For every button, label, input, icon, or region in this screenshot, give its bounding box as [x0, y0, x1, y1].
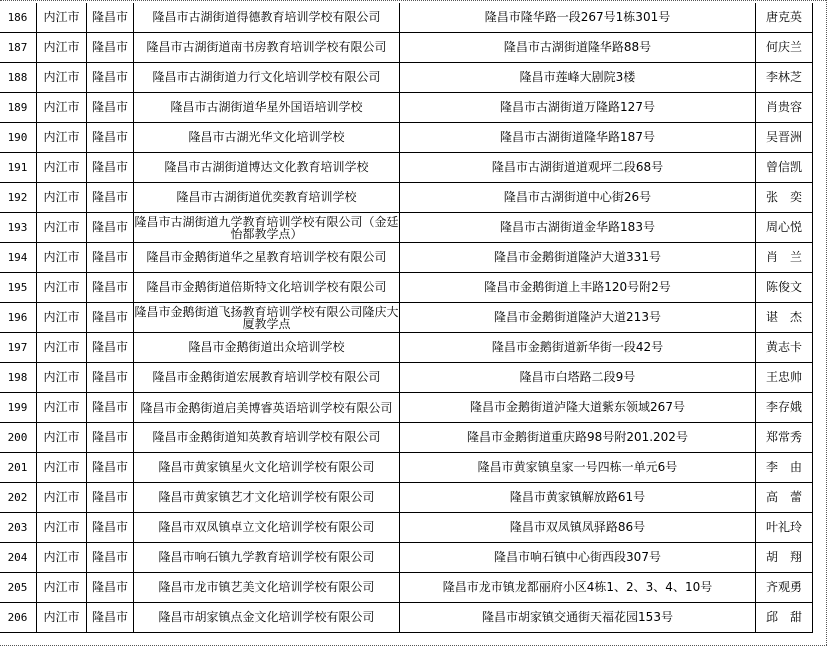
cell-institution-name: 隆昌市古湖街道力行文化培训学校有限公司: [134, 63, 400, 93]
cell-address: 隆昌市古湖街道中心街26号: [400, 183, 756, 213]
cell-county: 隆昌市: [87, 333, 134, 363]
table-row: 192 内江市 隆昌市 隆昌市古湖街道优奕教育培训学校 隆昌市古湖街道中心街26…: [0, 183, 813, 213]
table-row: 189 内江市 隆昌市 隆昌市古湖街道华星外国语培训学校 隆昌市古湖街道万隆路1…: [0, 93, 813, 123]
cell-city: 内江市: [37, 603, 87, 633]
cell-row-number: 192: [0, 183, 37, 213]
cell-row-number: 190: [0, 123, 37, 153]
cell-city: 内江市: [37, 453, 87, 483]
cell-address: 隆昌市白塔路二段9号: [400, 363, 756, 393]
cell-institution-name: 隆昌市古湖光华文化培训学校: [134, 123, 400, 153]
cell-city: 内江市: [37, 33, 87, 63]
cell-row-number: 202: [0, 483, 37, 513]
table-row: 202 内江市 隆昌市 隆昌市黄家镇艺才文化培训学校有限公司 隆昌市黄家镇解放路…: [0, 483, 813, 513]
cell-address: 隆昌市金鹅街道隆泸大道331号: [400, 243, 756, 273]
cell-city: 内江市: [37, 273, 87, 303]
cell-address: 隆昌市双凤镇凤驿路86号: [400, 513, 756, 543]
cell-person-in-charge: 叶礼玲: [756, 513, 813, 543]
cell-person-in-charge: 李林芝: [756, 63, 813, 93]
cell-row-number: 186: [0, 3, 37, 33]
cell-county: 隆昌市: [87, 63, 134, 93]
cell-person-in-charge: 曾信凯: [756, 153, 813, 183]
cell-row-number: 205: [0, 573, 37, 603]
cell-person-in-charge: 李存娥: [756, 393, 813, 423]
cell-city: 内江市: [37, 153, 87, 183]
cell-address: 隆昌市古湖街道隆华路187号: [400, 123, 756, 153]
cell-person-in-charge: 吴晋洲: [756, 123, 813, 153]
cell-county: 隆昌市: [87, 543, 134, 573]
cell-person-in-charge: 齐观勇: [756, 573, 813, 603]
cell-county: 隆昌市: [87, 603, 134, 633]
cell-institution-name: 隆昌市金鹅街道倍斯特文化培训学校有限公司: [134, 273, 400, 303]
cell-city: 内江市: [37, 183, 87, 213]
cell-row-number: 197: [0, 333, 37, 363]
cell-county: 隆昌市: [87, 513, 134, 543]
table-body: 186 内江市 隆昌市 隆昌市古湖街道得德教育培训学校有限公司 隆昌市隆华路一段…: [0, 3, 813, 633]
cell-person-in-charge: 李 由: [756, 453, 813, 483]
cell-county: 隆昌市: [87, 243, 134, 273]
cell-address: 隆昌市响石镇中心街西段307号: [400, 543, 756, 573]
cell-county: 隆昌市: [87, 123, 134, 153]
cell-institution-name: 隆昌市金鹅街道华之星教育培训学校有限公司: [134, 243, 400, 273]
cell-county: 隆昌市: [87, 273, 134, 303]
cell-address: 隆昌市古湖街道道观坪二段68号: [400, 153, 756, 183]
cell-county: 隆昌市: [87, 453, 134, 483]
cell-address: 隆昌市黄家镇皇家一号四栋一单元6号: [400, 453, 756, 483]
cell-institution-name: 隆昌市金鹅街道出众培训学校: [134, 333, 400, 363]
cell-county: 隆昌市: [87, 483, 134, 513]
cell-institution-name: 隆昌市响石镇九学教育培训学校有限公司: [134, 543, 400, 573]
cell-institution-name: 隆昌市龙市镇艺美文化培训学校有限公司: [134, 573, 400, 603]
page-break-bottom-line: [0, 645, 827, 646]
cell-county: 隆昌市: [87, 213, 134, 243]
table-row: 193 内江市 隆昌市 隆昌市古湖街道九学教育培训学校有限公司（金廷怡都教学点）…: [0, 213, 813, 243]
cell-city: 内江市: [37, 363, 87, 393]
cell-county: 隆昌市: [87, 363, 134, 393]
cell-address: 隆昌市黄家镇解放路61号: [400, 483, 756, 513]
cell-city: 内江市: [37, 573, 87, 603]
cell-address: 隆昌市古湖街道隆华路88号: [400, 33, 756, 63]
cell-city: 内江市: [37, 63, 87, 93]
cell-person-in-charge: 陈俊文: [756, 273, 813, 303]
cell-institution-name: 隆昌市古湖街道南书房教育培训学校有限公司: [134, 33, 400, 63]
cell-person-in-charge: 张 奕: [756, 183, 813, 213]
cell-address: 隆昌市金鹅街道隆泸大道213号: [400, 303, 756, 333]
table-row: 205 内江市 隆昌市 隆昌市龙市镇艺美文化培训学校有限公司 隆昌市龙市镇龙都丽…: [0, 573, 813, 603]
cell-institution-name: 隆昌市双凤镇卓立文化培训学校有限公司: [134, 513, 400, 543]
cell-row-number: 199: [0, 393, 37, 423]
cell-county: 隆昌市: [87, 183, 134, 213]
cell-county: 隆昌市: [87, 393, 134, 423]
cell-city: 内江市: [37, 483, 87, 513]
cell-institution-name: 隆昌市古湖街道九学教育培训学校有限公司（金廷怡都教学点）: [134, 213, 400, 243]
table-row: 194 内江市 隆昌市 隆昌市金鹅街道华之星教育培训学校有限公司 隆昌市金鹅街道…: [0, 243, 813, 273]
table-row: 203 内江市 隆昌市 隆昌市双凤镇卓立文化培训学校有限公司 隆昌市双凤镇凤驿路…: [0, 513, 813, 543]
page-break-right-line: [826, 0, 827, 645]
cell-city: 内江市: [37, 123, 87, 153]
cell-row-number: 194: [0, 243, 37, 273]
cell-person-in-charge: 郑常秀: [756, 423, 813, 453]
cell-institution-name: 隆昌市古湖街道华星外国语培训学校: [134, 93, 400, 123]
table-row: 201 内江市 隆昌市 隆昌市黄家镇星火文化培训学校有限公司 隆昌市黄家镇皇家一…: [0, 453, 813, 483]
cell-person-in-charge: 黄志卡: [756, 333, 813, 363]
cell-row-number: 198: [0, 363, 37, 393]
cell-city: 内江市: [37, 213, 87, 243]
cell-county: 隆昌市: [87, 303, 134, 333]
cell-person-in-charge: 胡 翔: [756, 543, 813, 573]
cell-address: 隆昌市隆华路一段267号1栋301号: [400, 3, 756, 33]
cell-city: 内江市: [37, 393, 87, 423]
table-row: 197 内江市 隆昌市 隆昌市金鹅街道出众培训学校 隆昌市金鹅街道新华街一段42…: [0, 333, 813, 363]
cell-institution-name: 隆昌市金鹅街道启美博睿英语培训学校有限公司: [134, 393, 400, 423]
table-row: 198 内江市 隆昌市 隆昌市金鹅街道宏展教育培训学校有限公司 隆昌市白塔路二段…: [0, 363, 813, 393]
cell-row-number: 189: [0, 93, 37, 123]
cell-county: 隆昌市: [87, 423, 134, 453]
cell-row-number: 196: [0, 303, 37, 333]
table-row: 187 内江市 隆昌市 隆昌市古湖街道南书房教育培训学校有限公司 隆昌市古湖街道…: [0, 33, 813, 63]
cell-person-in-charge: 高 蕾: [756, 483, 813, 513]
cell-person-in-charge: 肖 兰: [756, 243, 813, 273]
cell-row-number: 206: [0, 603, 37, 633]
cell-person-in-charge: 唐克英: [756, 3, 813, 33]
cell-row-number: 204: [0, 543, 37, 573]
cell-person-in-charge: 何庆兰: [756, 33, 813, 63]
cell-institution-name: 隆昌市黄家镇艺才文化培训学校有限公司: [134, 483, 400, 513]
cell-person-in-charge: 邱 甜: [756, 603, 813, 633]
cell-row-number: 193: [0, 213, 37, 243]
cell-row-number: 188: [0, 63, 37, 93]
cell-city: 内江市: [37, 93, 87, 123]
cell-institution-name: 隆昌市金鹅街道宏展教育培训学校有限公司: [134, 363, 400, 393]
cell-address: 隆昌市莲峰大剧院3楼: [400, 63, 756, 93]
cell-row-number: 200: [0, 423, 37, 453]
cell-institution-name: 隆昌市古湖街道博达文化教育培训学校: [134, 153, 400, 183]
cell-row-number: 203: [0, 513, 37, 543]
cell-city: 内江市: [37, 333, 87, 363]
cell-institution-name: 隆昌市古湖街道得德教育培训学校有限公司: [134, 3, 400, 33]
cell-person-in-charge: 肖贵容: [756, 93, 813, 123]
cell-address: 隆昌市古湖街道万隆路127号: [400, 93, 756, 123]
cell-row-number: 191: [0, 153, 37, 183]
cell-city: 内江市: [37, 303, 87, 333]
cell-person-in-charge: 王忠帅: [756, 363, 813, 393]
cell-institution-name: 隆昌市金鹅街道飞扬教育培训学校有限公司隆庆大厦教学点: [134, 303, 400, 333]
cell-city: 内江市: [37, 513, 87, 543]
table-row: 190 内江市 隆昌市 隆昌市古湖光华文化培训学校 隆昌市古湖街道隆华路187号…: [0, 123, 813, 153]
training-school-table: 186 内江市 隆昌市 隆昌市古湖街道得德教育培训学校有限公司 隆昌市隆华路一段…: [0, 3, 813, 633]
cell-county: 隆昌市: [87, 33, 134, 63]
table-row: 191 内江市 隆昌市 隆昌市古湖街道博达文化教育培训学校 隆昌市古湖街道道观坪…: [0, 153, 813, 183]
cell-institution-name: 隆昌市金鹅街道知英教育培训学校有限公司: [134, 423, 400, 453]
page-break-top-line: [0, 0, 826, 1]
cell-address: 隆昌市金鹅街道重庆路98号附201.202号: [400, 423, 756, 453]
cell-address: 隆昌市古湖街道金华路183号: [400, 213, 756, 243]
cell-row-number: 187: [0, 33, 37, 63]
table-row: 196 内江市 隆昌市 隆昌市金鹅街道飞扬教育培训学校有限公司隆庆大厦教学点 隆…: [0, 303, 813, 333]
cell-county: 隆昌市: [87, 153, 134, 183]
table-row: 199 内江市 隆昌市 隆昌市金鹅街道启美博睿英语培训学校有限公司 隆昌市金鹅街…: [0, 393, 813, 423]
cell-city: 内江市: [37, 423, 87, 453]
cell-institution-name: 隆昌市古湖街道优奕教育培训学校: [134, 183, 400, 213]
cell-county: 隆昌市: [87, 3, 134, 33]
cell-institution-name: 隆昌市胡家镇点金文化培训学校有限公司: [134, 603, 400, 633]
cell-address: 隆昌市金鹅街道泸隆大道紫东领域267号: [400, 393, 756, 423]
cell-city: 内江市: [37, 243, 87, 273]
cell-row-number: 201: [0, 453, 37, 483]
cell-county: 隆昌市: [87, 573, 134, 603]
table-row: 204 内江市 隆昌市 隆昌市响石镇九学教育培训学校有限公司 隆昌市响石镇中心街…: [0, 543, 813, 573]
table-row: 188 内江市 隆昌市 隆昌市古湖街道力行文化培训学校有限公司 隆昌市莲峰大剧院…: [0, 63, 813, 93]
table-row: 206 内江市 隆昌市 隆昌市胡家镇点金文化培训学校有限公司 隆昌市胡家镇交通街…: [0, 603, 813, 633]
table-row: 200 内江市 隆昌市 隆昌市金鹅街道知英教育培训学校有限公司 隆昌市金鹅街道重…: [0, 423, 813, 453]
cell-county: 隆昌市: [87, 93, 134, 123]
cell-address: 隆昌市金鹅街道上丰路120号附2号: [400, 273, 756, 303]
cell-address: 隆昌市金鹅街道新华街一段42号: [400, 333, 756, 363]
cell-row-number: 195: [0, 273, 37, 303]
cell-person-in-charge: 谌 杰: [756, 303, 813, 333]
cell-city: 内江市: [37, 543, 87, 573]
cell-city: 内江市: [37, 3, 87, 33]
table-row: 195 内江市 隆昌市 隆昌市金鹅街道倍斯特文化培训学校有限公司 隆昌市金鹅街道…: [0, 273, 813, 303]
cell-institution-name: 隆昌市黄家镇星火文化培训学校有限公司: [134, 453, 400, 483]
cell-address: 隆昌市胡家镇交通街天福花园153号: [400, 603, 756, 633]
cell-person-in-charge: 周心悦: [756, 213, 813, 243]
cell-address: 隆昌市龙市镇龙都丽府小区4栋1、2、3、4、10号: [400, 573, 756, 603]
table-row: 186 内江市 隆昌市 隆昌市古湖街道得德教育培训学校有限公司 隆昌市隆华路一段…: [0, 3, 813, 33]
